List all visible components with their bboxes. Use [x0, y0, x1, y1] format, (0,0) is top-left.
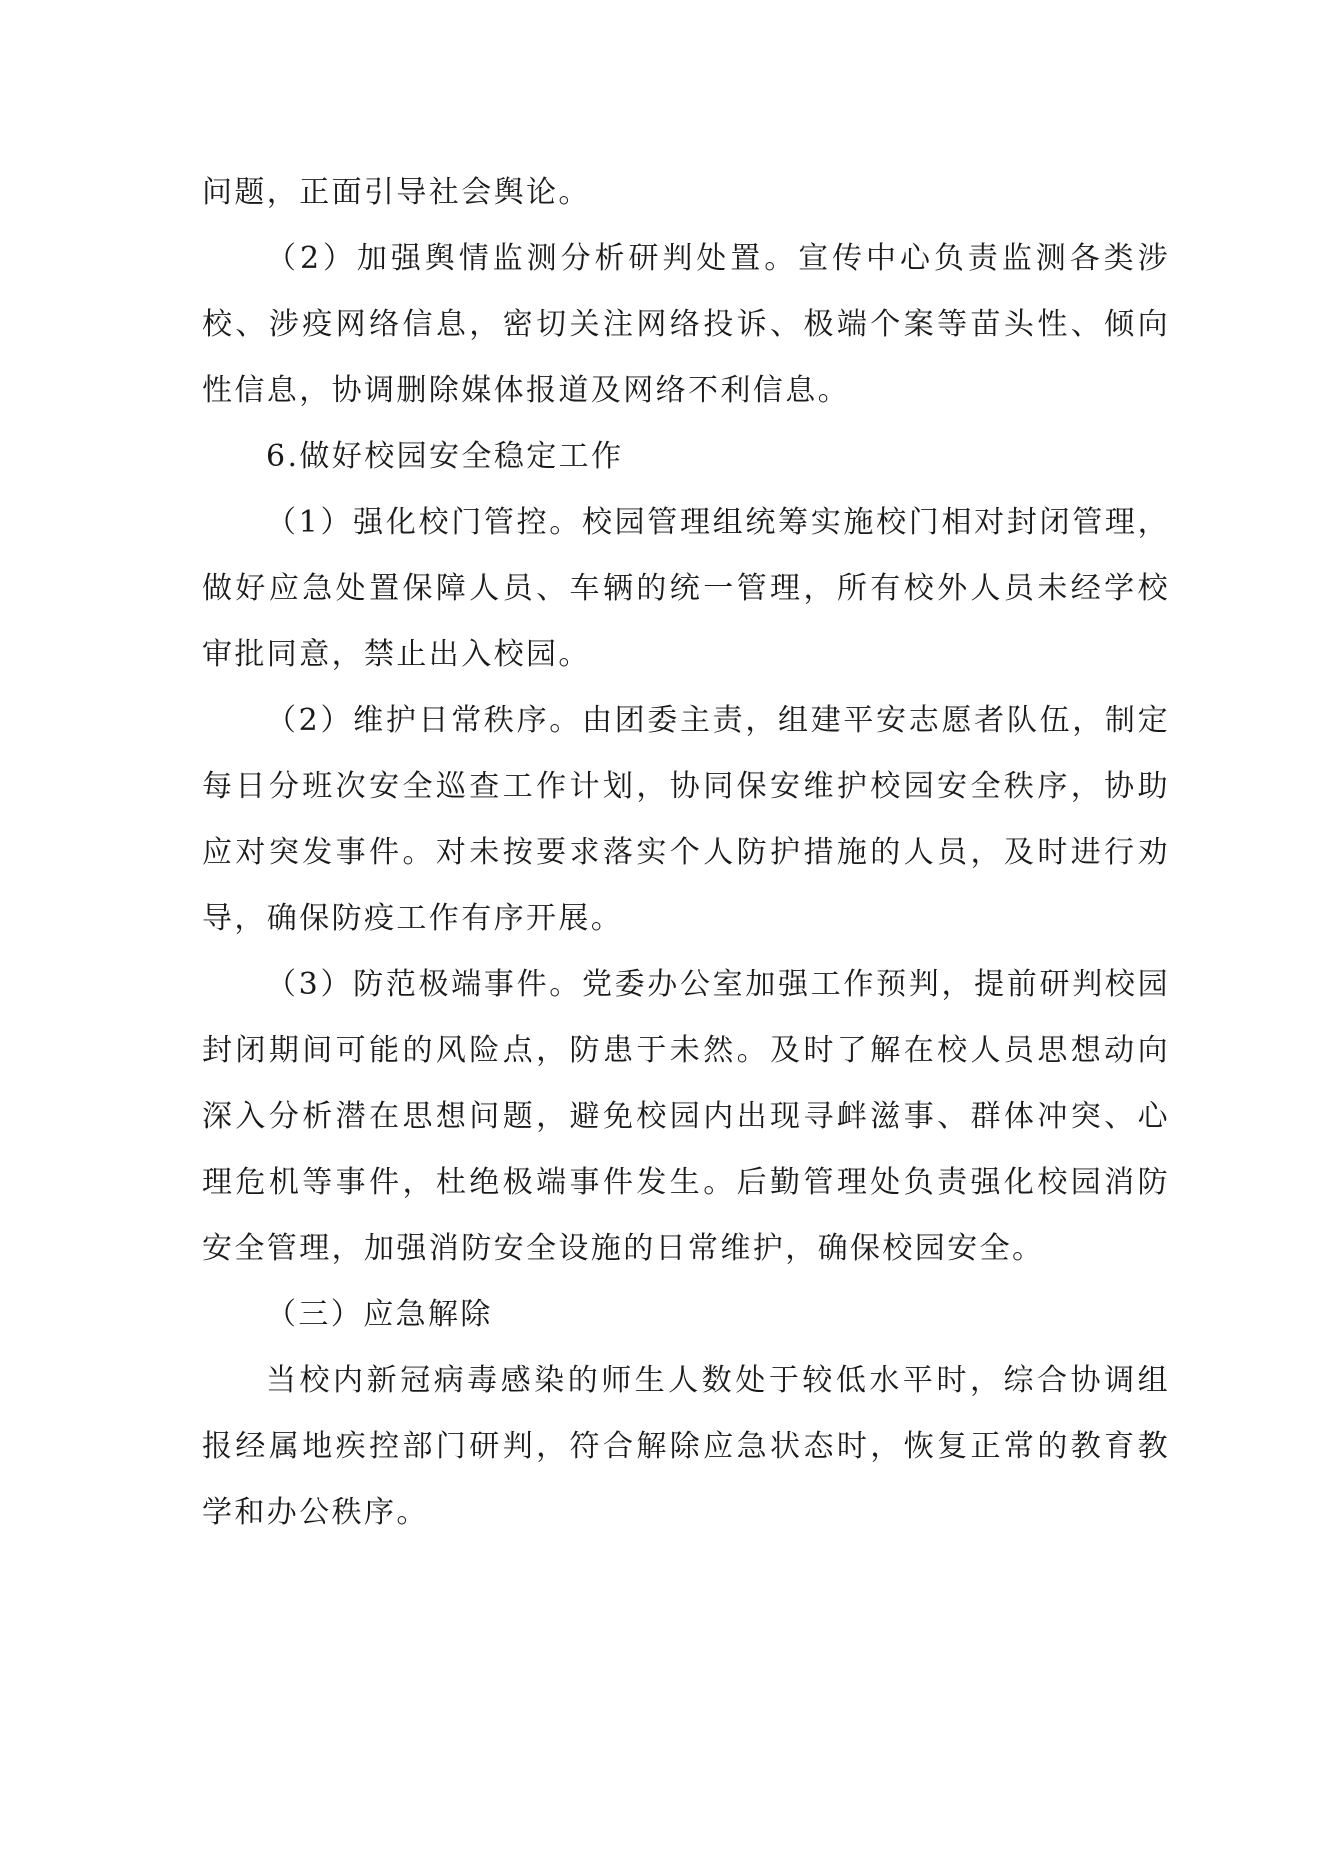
paragraph-extreme-events: （3）防范极端事件。党委办公室加强工作预判，提前研判校园封闭期间可能的风险点，防…	[202, 952, 1170, 1282]
document-body: 问题，正面引导社会舆论。 （2）加强舆情监测分析研判处置。宣传中心负责监测各类涉…	[202, 160, 1170, 1546]
paragraph-gate-control: （1）强化校门管控。校园管理组统筹实施校门相对封闭管理，做好应急处置保障人员、车…	[202, 490, 1170, 688]
paragraph-emergency-lift: 当校内新冠病毒感染的师生人数处于较低水平时，综合协调组报经属地疾控部门研判，符合…	[202, 1348, 1170, 1546]
section-heading-campus-safety: 6.做好校园安全稳定工作	[202, 424, 1170, 490]
paragraph-public-opinion-monitoring: （2）加强舆情监测分析研判处置。宣传中心负责监测各类涉校、涉疫网络信息，密切关注…	[202, 226, 1170, 424]
paragraph-daily-order: （2）维护日常秩序。由团委主责，组建平安志愿者队伍，制定每日分班次安全巡查工作计…	[202, 688, 1170, 952]
section-heading-emergency-lift: （三）应急解除	[202, 1282, 1170, 1348]
document-page: 问题，正面引导社会舆论。 （2）加强舆情监测分析研判处置。宣传中心负责监测各类涉…	[0, 0, 1323, 1871]
paragraph-continuation: 问题，正面引导社会舆论。	[202, 160, 1170, 226]
